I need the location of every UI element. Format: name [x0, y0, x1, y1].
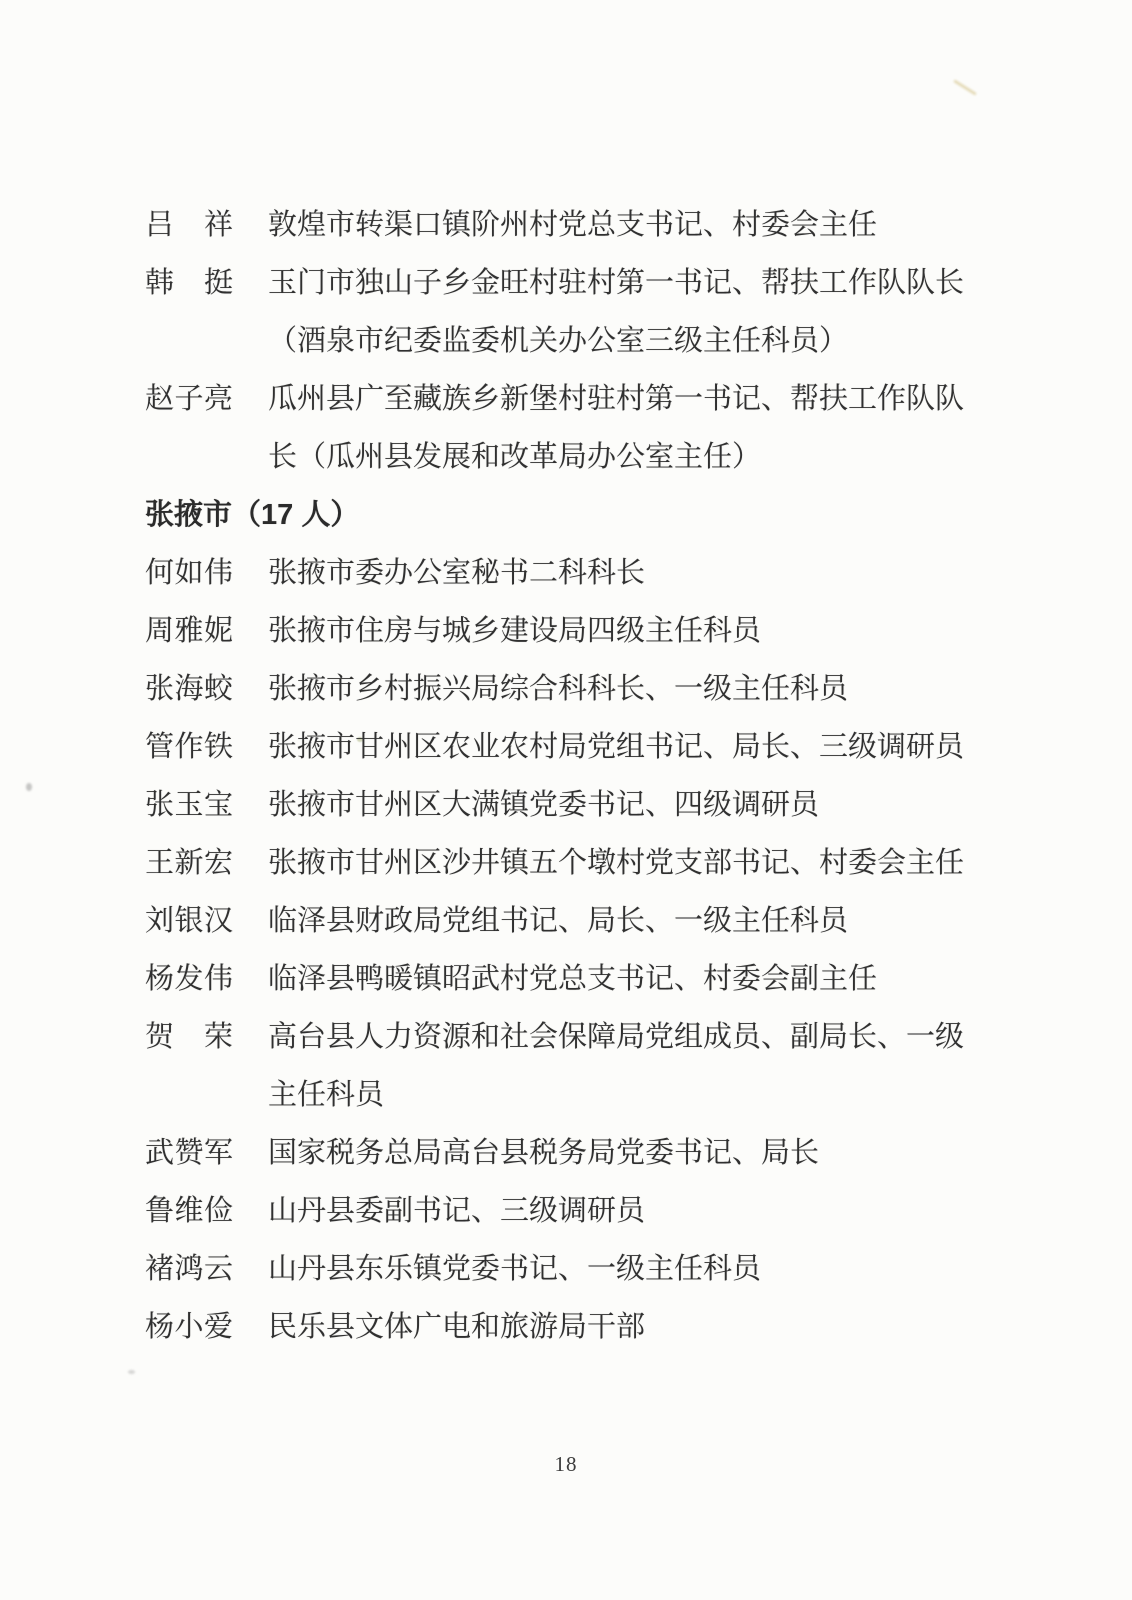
document-page: 吕 祥敦煌市转渠口镇阶州村党总支书记、村委会主任韩 挺玉门市独山子乡金旺村驻村第… — [0, 0, 1132, 1600]
entry-position-line: 张掖市甘州区大满镇党委书记、四级调研员 — [268, 776, 1007, 834]
entry-position-line: 民乐县文体广电和旅游局干部 — [268, 1298, 1007, 1356]
entry-position: 民乐县文体广电和旅游局干部 — [268, 1298, 1007, 1356]
scan-artifact-scratch — [953, 79, 977, 95]
roster-entry: 王新宏张掖市甘州区沙井镇五个墩村党支部书记、村委会主任 — [145, 834, 1007, 892]
entry-position: 国家税务总局高台县税务局党委书记、局长 — [268, 1124, 1007, 1182]
entry-position: 高台县人力资源和社会保障局党组成员、副局长、一级主任科员 — [268, 1008, 1007, 1124]
entry-position: 山丹县东乐镇党委书记、一级主任科员 — [268, 1240, 1007, 1298]
roster-entry: 杨小爱民乐县文体广电和旅游局干部 — [145, 1298, 1007, 1356]
roster-entry: 武赞军国家税务总局高台县税务局党委书记、局长 — [145, 1124, 1007, 1182]
entry-position: 张掖市甘州区沙井镇五个墩村党支部书记、村委会主任 — [268, 834, 1007, 892]
roster-entry: 杨发伟临泽县鸭暖镇昭武村党总支书记、村委会副主任 — [145, 950, 1007, 1008]
roster-entry: 张海蛟张掖市乡村振兴局综合科科长、一级主任科员 — [145, 660, 1007, 718]
entry-person-name: 韩 挺 — [145, 254, 233, 312]
entry-position-line: 敦煌市转渠口镇阶州村党总支书记、村委会主任 — [268, 196, 1007, 254]
entry-position-line: 长（瓜州县发展和改革局办公室主任） — [268, 428, 1007, 486]
entry-person-name: 贺 荣 — [145, 1008, 233, 1066]
scan-artifact-dot — [26, 783, 32, 791]
roster-entry: 韩 挺玉门市独山子乡金旺村驻村第一书记、帮扶工作队队长（酒泉市纪委监委机关办公室… — [145, 254, 1007, 370]
entry-position-line: 高台县人力资源和社会保障局党组成员、副局长、一级 — [268, 1008, 1007, 1066]
entry-position-line: 张掖市乡村振兴局综合科科长、一级主任科员 — [268, 660, 1007, 718]
entry-position: 张掖市乡村振兴局综合科科长、一级主任科员 — [268, 660, 1007, 718]
entry-position: 玉门市独山子乡金旺村驻村第一书记、帮扶工作队队长（酒泉市纪委监委机关办公室三级主… — [268, 254, 1007, 370]
entry-position-line: 瓜州县广至藏族乡新堡村驻村第一书记、帮扶工作队队 — [268, 370, 1007, 428]
section-header: 张掖市（17 人） — [145, 486, 1007, 544]
entry-position: 山丹县委副书记、三级调研员 — [268, 1182, 1007, 1240]
entry-person-name: 鲁维俭 — [145, 1182, 233, 1240]
roster-entry: 刘银汉临泽县财政局党组书记、局长、一级主任科员 — [145, 892, 1007, 950]
roster-entry: 贺 荣高台县人力资源和社会保障局党组成员、副局长、一级主任科员 — [145, 1008, 1007, 1124]
entry-person-name: 吕 祥 — [145, 196, 233, 254]
entry-position-line: 主任科员 — [268, 1066, 1007, 1124]
entry-person-name: 周雅妮 — [145, 602, 233, 660]
entry-position-line: 张掖市委办公室秘书二科科长 — [268, 544, 1007, 602]
entry-position-line: 临泽县鸭暖镇昭武村党总支书记、村委会副主任 — [268, 950, 1007, 1008]
entry-position-line: （酒泉市纪委监委机关办公室三级主任科员） — [268, 312, 1007, 370]
entry-position: 张掖市住房与城乡建设局四级主任科员 — [268, 602, 1007, 660]
entry-person-name: 何如伟 — [145, 544, 233, 602]
entry-position: 临泽县鸭暖镇昭武村党总支书记、村委会副主任 — [268, 950, 1007, 1008]
entry-position-line: 张掖市甘州区农业农村局党组书记、局长、三级调研员 — [268, 718, 1007, 776]
entry-person-name: 杨发伟 — [145, 950, 233, 1008]
entry-person-name: 刘银汉 — [145, 892, 233, 950]
roster-entry: 鲁维俭山丹县委副书记、三级调研员 — [145, 1182, 1007, 1240]
roster-entry: 管作铁张掖市甘州区农业农村局党组书记、局长、三级调研员 — [145, 718, 1007, 776]
entry-person-name: 褚鸿云 — [145, 1240, 233, 1298]
entry-person-name: 杨小爱 — [145, 1298, 233, 1356]
entry-position: 张掖市甘州区农业农村局党组书记、局长、三级调研员 — [268, 718, 1007, 776]
entry-person-name: 管作铁 — [145, 718, 233, 776]
scan-artifact-dot — [128, 1370, 135, 1374]
entry-position-line: 玉门市独山子乡金旺村驻村第一书记、帮扶工作队队长 — [268, 254, 1007, 312]
roster-list: 吕 祥敦煌市转渠口镇阶州村党总支书记、村委会主任韩 挺玉门市独山子乡金旺村驻村第… — [145, 196, 1007, 1356]
entry-person-name: 王新宏 — [145, 834, 233, 892]
entry-position-line: 张掖市住房与城乡建设局四级主任科员 — [268, 602, 1007, 660]
entry-person-name: 武赞军 — [145, 1124, 233, 1182]
entry-position-line: 山丹县委副书记、三级调研员 — [268, 1182, 1007, 1240]
entry-position-line: 山丹县东乐镇党委书记、一级主任科员 — [268, 1240, 1007, 1298]
roster-entry: 吕 祥敦煌市转渠口镇阶州村党总支书记、村委会主任 — [145, 196, 1007, 254]
roster-entry: 何如伟张掖市委办公室秘书二科科长 — [145, 544, 1007, 602]
entry-person-name: 张玉宝 — [145, 776, 233, 834]
roster-entry: 张玉宝张掖市甘州区大满镇党委书记、四级调研员 — [145, 776, 1007, 834]
roster-entry: 周雅妮张掖市住房与城乡建设局四级主任科员 — [145, 602, 1007, 660]
entry-person-name: 赵子亮 — [145, 370, 233, 428]
entry-position: 瓜州县广至藏族乡新堡村驻村第一书记、帮扶工作队队长（瓜州县发展和改革局办公室主任… — [268, 370, 1007, 486]
entry-position: 张掖市甘州区大满镇党委书记、四级调研员 — [268, 776, 1007, 834]
page-number: 18 — [0, 1452, 1132, 1477]
entry-position: 张掖市委办公室秘书二科科长 — [268, 544, 1007, 602]
roster-entry: 褚鸿云山丹县东乐镇党委书记、一级主任科员 — [145, 1240, 1007, 1298]
roster-entry: 赵子亮瓜州县广至藏族乡新堡村驻村第一书记、帮扶工作队队长（瓜州县发展和改革局办公… — [145, 370, 1007, 486]
entry-position: 敦煌市转渠口镇阶州村党总支书记、村委会主任 — [268, 196, 1007, 254]
entry-position-line: 张掖市甘州区沙井镇五个墩村党支部书记、村委会主任 — [268, 834, 1007, 892]
entry-person-name: 张海蛟 — [145, 660, 233, 718]
entry-position-line: 国家税务总局高台县税务局党委书记、局长 — [268, 1124, 1007, 1182]
entry-position: 临泽县财政局党组书记、局长、一级主任科员 — [268, 892, 1007, 950]
entry-position-line: 临泽县财政局党组书记、局长、一级主任科员 — [268, 892, 1007, 950]
